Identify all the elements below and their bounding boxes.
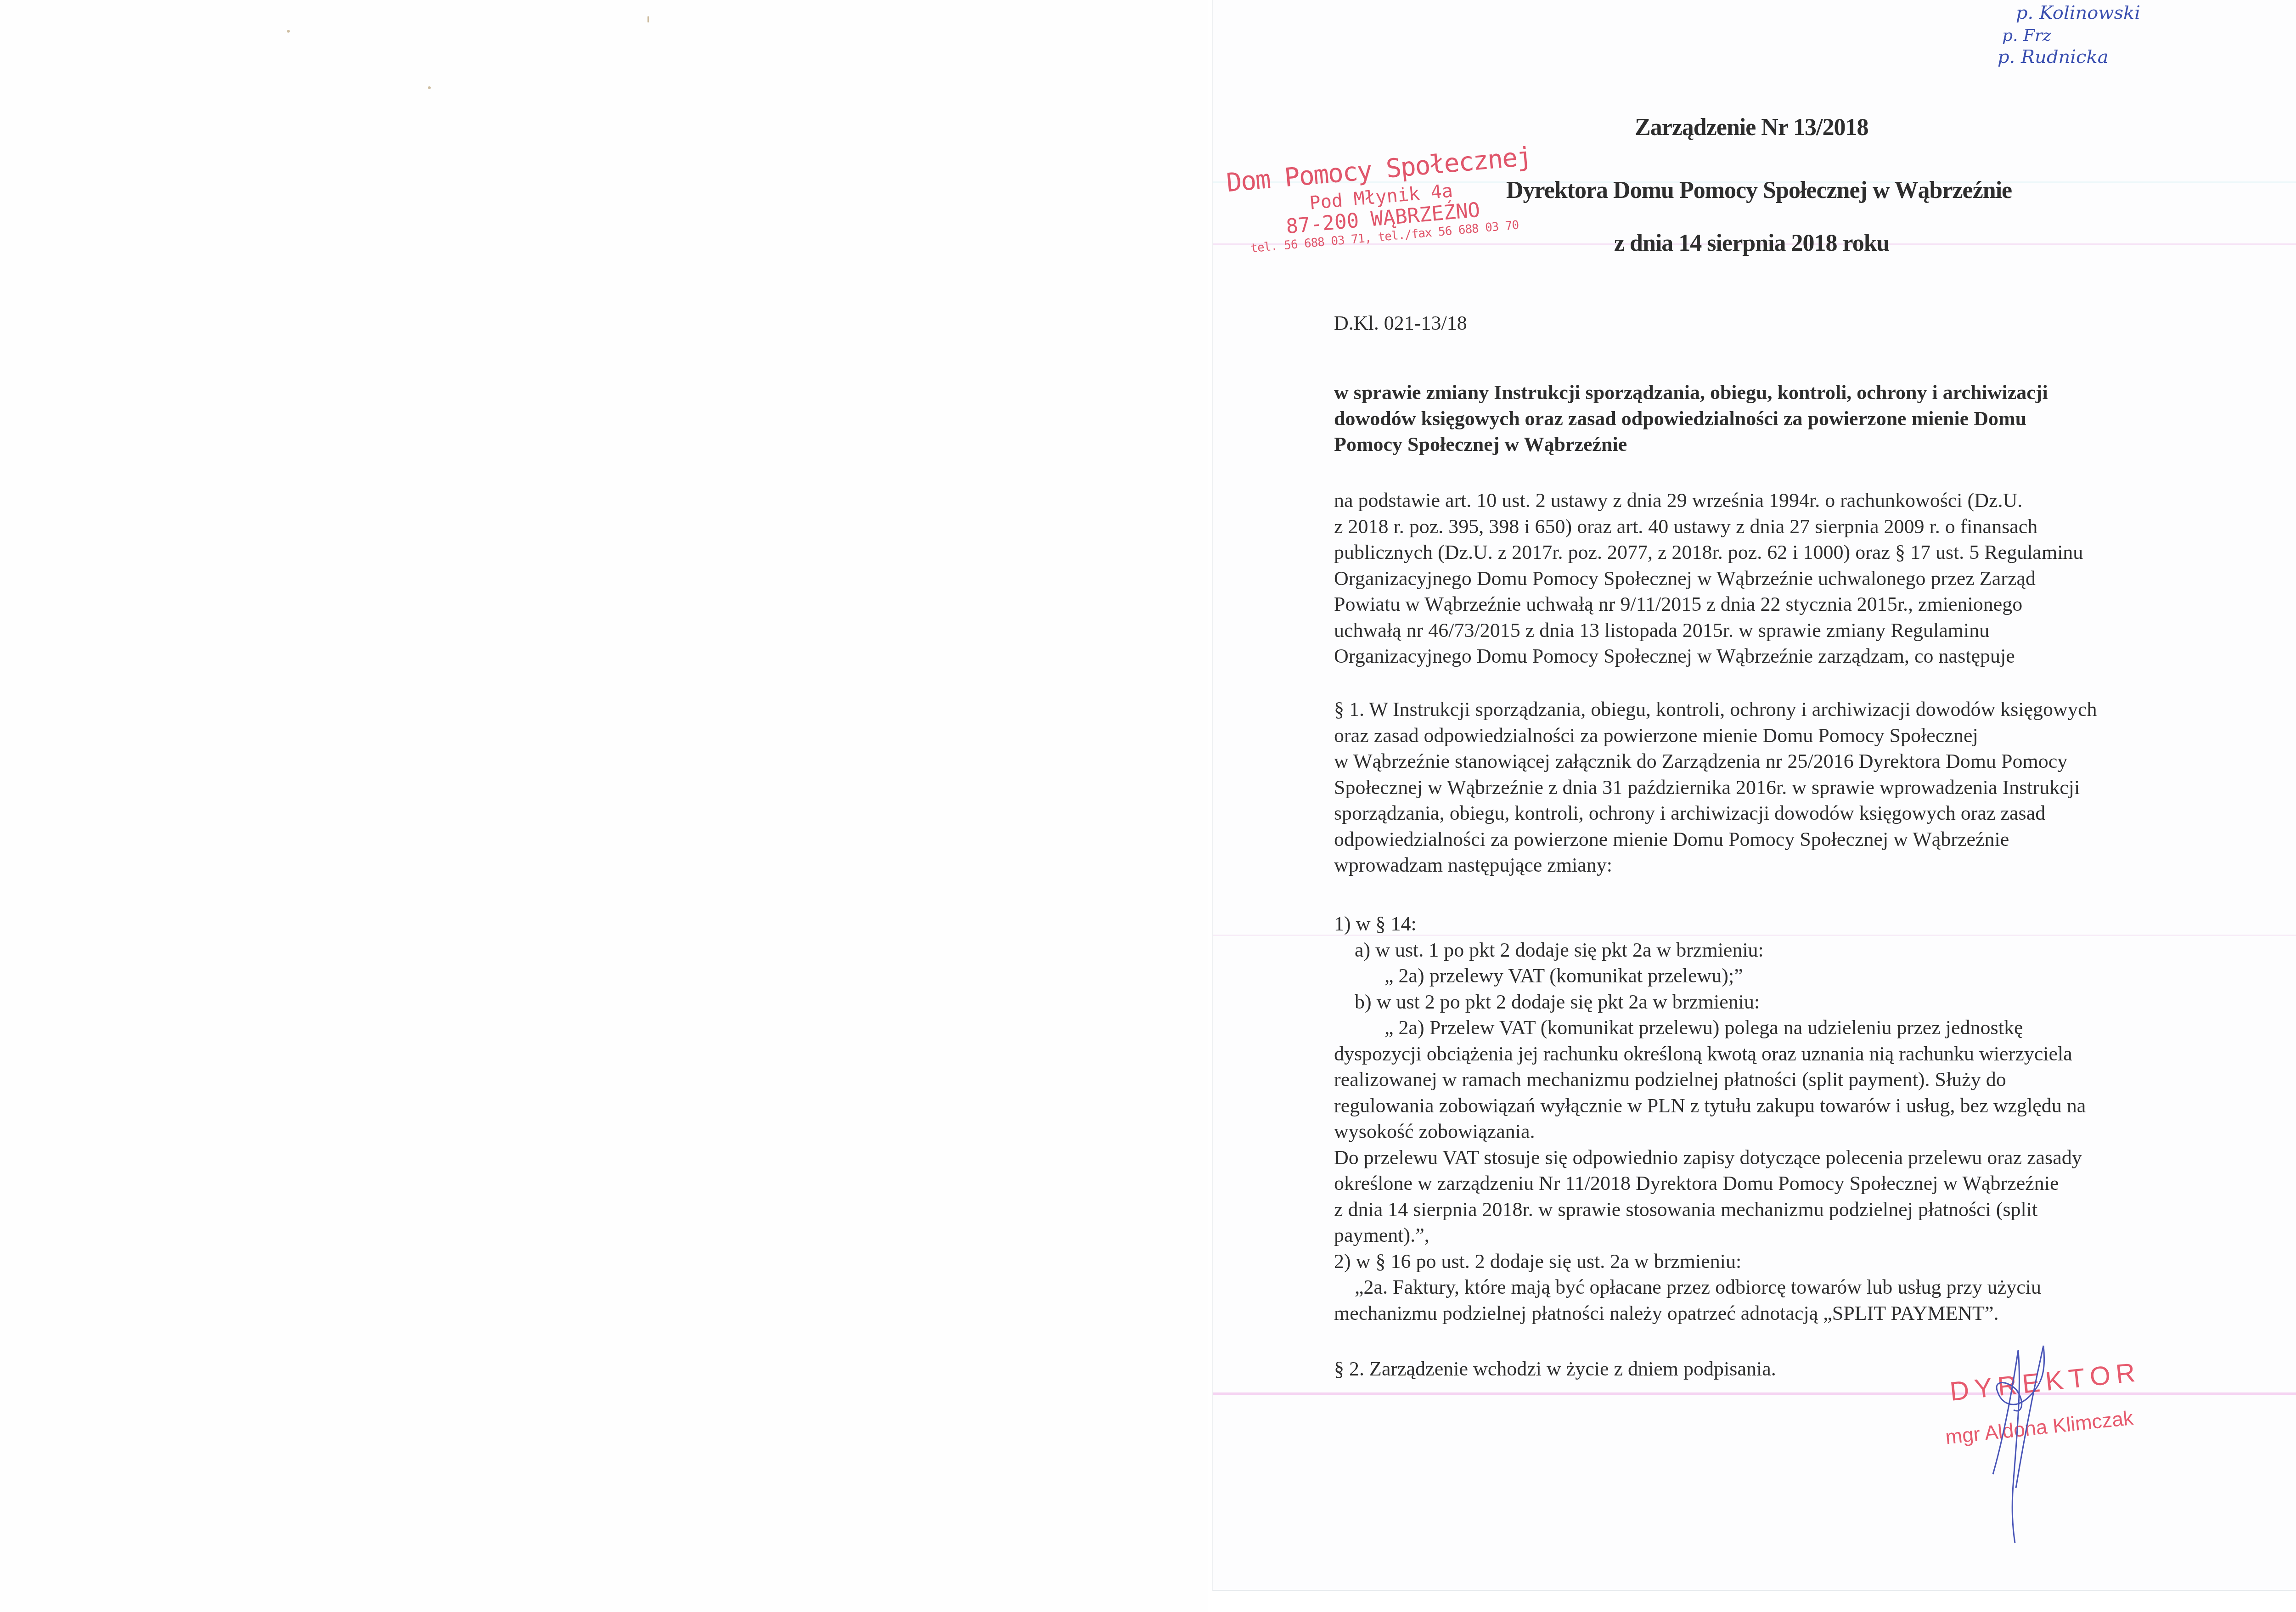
change-item: mechanizmu podzielnej płatności należy o… [1334, 1301, 2200, 1327]
paragraph-line: oraz zasad odpowiedzialności za powierzo… [1334, 723, 2200, 749]
paragraph-line: sporządzania, obiegu, kontroli, ochrony … [1334, 800, 2200, 827]
scan-speck [647, 16, 649, 23]
change-item: „2a. Faktury, które mają być opłacane pr… [1334, 1274, 2200, 1301]
preamble-line: z 2018 r. poz. 395, 398 i 650) oraz art.… [1334, 514, 2200, 540]
changes-list: 1) w § 14: a) w ust. 1 po pkt 2 dodaje s… [1334, 911, 2200, 1326]
subject-line: Pomocy Społecznej w Wąbrzeźnie [1334, 432, 2200, 458]
preamble-line: Powiatu w Wąbrzeźnie uchwałą nr 9/11/201… [1334, 592, 2200, 618]
change-item: Do przelewu VAT stosuje się odpowiednio … [1334, 1145, 2200, 1171]
change-item: „ 2a) przelewy VAT (komunikat przelewu);… [1334, 963, 2200, 989]
change-item: „ 2a) Przelew VAT (komunikat przelewu) p… [1334, 1015, 2200, 1041]
paragraph-1: § 1. W Instrukcji sporządzania, obiegu, … [1334, 697, 2200, 879]
handwritten-notes: p. Kolinowski p. Frz p. Rudnicka [1988, 0, 2172, 83]
handwritten-note: p. Frz [2002, 26, 2172, 46]
paragraph-line: w Wąbrzeźnie stanowiącej załącznik do Za… [1334, 749, 2200, 775]
preamble-line: publicznych (Dz.U. z 2017r. poz. 2077, z… [1334, 540, 2200, 566]
change-item: 1) w § 14: [1334, 911, 2200, 937]
preamble-line: Organizacyjnego Domu Pomocy Społecznej w… [1334, 643, 2200, 670]
handwritten-note: p. Rudnicka [1998, 46, 2172, 68]
paragraph-line: odpowiedzialności za powierzone mienie D… [1334, 827, 2200, 853]
change-item: realizowanej w ramach mechanizmu podziel… [1334, 1067, 2200, 1093]
change-item: dyspozycji obciążenia jej rachunku okreś… [1334, 1041, 2200, 1067]
subject-line: w sprawie zmiany Instrukcji sporządzania… [1334, 380, 2200, 406]
document-date: z dnia 14 sierpnia 2018 roku [1614, 230, 1889, 257]
subject: w sprawie zmiany Instrukcji sporządzania… [1334, 380, 2200, 458]
paragraph-2: § 2. Zarządzenie wchodzi w życie z dniem… [1334, 1357, 1776, 1381]
paragraph-line: § 1. W Instrukcji sporządzania, obiegu, … [1334, 697, 2200, 723]
preamble-line: Organizacyjnego Domu Pomocy Społecznej w… [1334, 566, 2200, 592]
change-item: określone w zarządzeniu Nr 11/2018 Dyrek… [1334, 1171, 2200, 1197]
preamble: na podstawie art. 10 ust. 2 ustawy z dni… [1334, 488, 2200, 670]
change-item: regulowania zobowiązań wyłącznie w PLN z… [1334, 1093, 2200, 1119]
preamble-line: uchwałą nr 46/73/2015 z dnia 13 listopad… [1334, 618, 2200, 644]
reference-number: D.Kl. 021-13/18 [1334, 311, 1467, 335]
change-item: b) w ust 2 po pkt 2 dodaje się pkt 2a w … [1334, 989, 2200, 1015]
document-issuer: Dyrektora Domu Pomocy Społecznej w Wąbrz… [1506, 177, 2012, 204]
document-title: Zarządzenie Nr 13/2018 [1635, 114, 1868, 141]
paragraph-line: wprowadzam następujące zmiany: [1334, 852, 2200, 879]
paragraph-line: Społecznej w Wąbrzeźnie z dnia 31 paździ… [1334, 775, 2200, 801]
change-item: a) w ust. 1 po pkt 2 dodaje się pkt 2a w… [1334, 937, 2200, 964]
blank-left-page [0, 0, 1208, 1612]
change-item: wysokość zobowiązania. [1334, 1119, 2200, 1145]
handwritten-note: p. Kolinowski [2016, 0, 2172, 26]
scan-speck [287, 30, 290, 33]
subject-line: dowodów księgowych oraz zasad odpowiedzi… [1334, 406, 2200, 432]
change-item: 2) w § 16 po ust. 2 dodaje się ust. 2a w… [1334, 1249, 2200, 1275]
change-item: payment).”, [1334, 1223, 2200, 1249]
scan-speck [428, 86, 431, 89]
change-item: z dnia 14 sierpnia 2018r. w sprawie stos… [1334, 1197, 2200, 1223]
signature-icon [1975, 1341, 2066, 1548]
preamble-line: na podstawie art. 10 ust. 2 ustawy z dni… [1334, 488, 2200, 514]
